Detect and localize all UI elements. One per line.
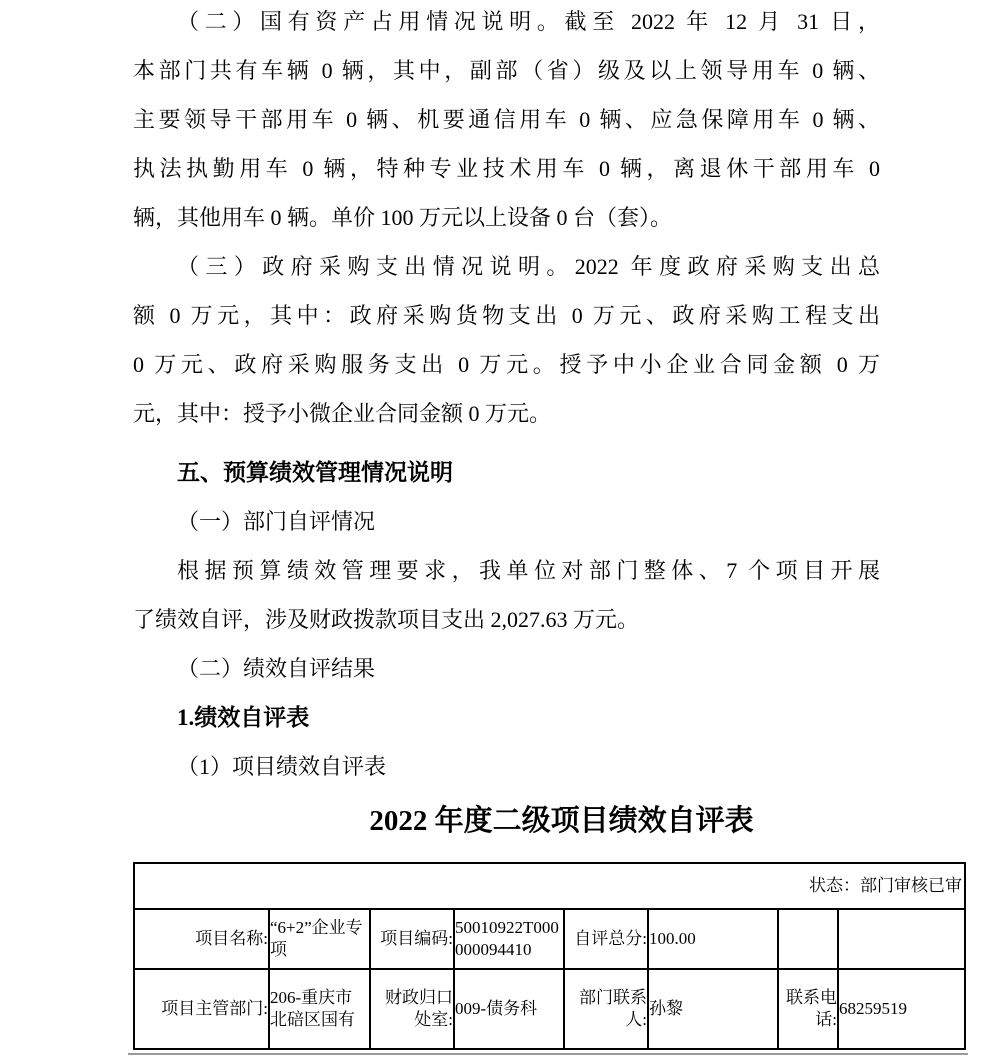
paragraph-self-eval-line-2: 了绩效自评，涉及财政拨款项目支出 2,027.63 万元。: [133, 595, 880, 644]
document-body: （二）国有资产占用情况说明。截至 2022 年 12 月 31 日， 本部门共有…: [133, 0, 880, 791]
paragraph-procurement-line-4: 元，其中：授予小微企业合同金额 0 万元。: [133, 389, 880, 438]
heading-section-5: 五、预算绩效管理情况说明: [133, 448, 880, 497]
competent-dept-value: 206-重庆市北碚区国有: [269, 969, 370, 1049]
contact-phone-label: 联系电话:: [778, 969, 838, 1049]
empty-cell: [778, 909, 838, 969]
finance-office-value: 009-债务科: [454, 969, 564, 1049]
paragraph-assets-line-5: 辆，其他用车 0 辆。单价 100 万元以上设备 0 台（套）。: [133, 193, 880, 242]
table-title: 2022 年度二级项目绩效自评表: [133, 799, 964, 844]
clipped-next-row-border: [128, 1053, 968, 1055]
page: { "colors": { "background": "#ffffff", "…: [0, 0, 1000, 1056]
finance-office-label: 财政归口处室:: [370, 969, 454, 1049]
contact-phone-value: 68259519: [838, 969, 965, 1049]
self-eval-score-value: 100.00: [648, 909, 778, 969]
self-evaluation-table: 状态：部门审核已审 项目名称: “6+2”企业专项 项目编码: 50010922…: [133, 862, 966, 1050]
paragraph-assets-line-2: 本部门共有车辆 0 辆，其中，副部（省）级及以上领导用车 0 辆、: [133, 46, 880, 95]
dept-contact-value: 孙黎: [648, 969, 778, 1049]
heading-self-eval-table: 1.绩效自评表: [133, 693, 880, 742]
table-row: 项目主管部门: 206-重庆市北碚区国有 财政归口处室: 009-债务科 部门联…: [134, 969, 965, 1049]
paragraph-procurement-line-3: 0 万元、政府采购服务支出 0 万元。授予中小企业合同金额 0 万: [133, 340, 880, 389]
status-text: 状态：部门审核已审: [134, 863, 965, 909]
project-name-label: 项目名称:: [134, 909, 269, 969]
paragraph-assets-line-3: 主要领导干部用车 0 辆、机要通信用车 0 辆、应急保障用车 0 辆、: [133, 95, 880, 144]
paragraph-procurement-line-1: （三）政府采购支出情况说明。2022 年度政府采购支出总: [133, 242, 880, 291]
paragraph-procurement-line-2: 额 0 万元，其中：政府采购货物支出 0 万元、政府采购工程支出: [133, 291, 880, 340]
subheading-dept-self-eval: （一）部门自评情况: [133, 497, 880, 546]
subheading-self-eval-results: （二）绩效自评结果: [133, 644, 880, 693]
paragraph-assets-line-1: （二）国有资产占用情况说明。截至 2022 年 12 月 31 日，: [133, 0, 880, 46]
table-row: 项目名称: “6+2”企业专项 项目编码: 50010922T000000094…: [134, 909, 965, 969]
competent-dept-label: 项目主管部门:: [134, 969, 269, 1049]
project-code-label: 项目编码:: [370, 909, 454, 969]
paragraph-assets-line-4: 执法执勤用车 0 辆，特种专业技术用车 0 辆，离退休干部用车 0: [133, 144, 880, 193]
empty-cell: [838, 909, 965, 969]
project-name-value: “6+2”企业专项: [269, 909, 370, 969]
project-code-value: 50010922T000000094410: [454, 909, 564, 969]
status-row: 状态：部门审核已审: [134, 863, 965, 909]
dept-contact-label: 部门联系人:: [564, 969, 648, 1049]
paragraph-self-eval-line-1: 根据预算绩效管理要求，我单位对部门整体、7 个项目开展: [133, 546, 880, 595]
subheading-project-self-eval-table: （1）项目绩效自评表: [133, 742, 880, 791]
self-eval-score-label: 自评总分:: [564, 909, 648, 969]
